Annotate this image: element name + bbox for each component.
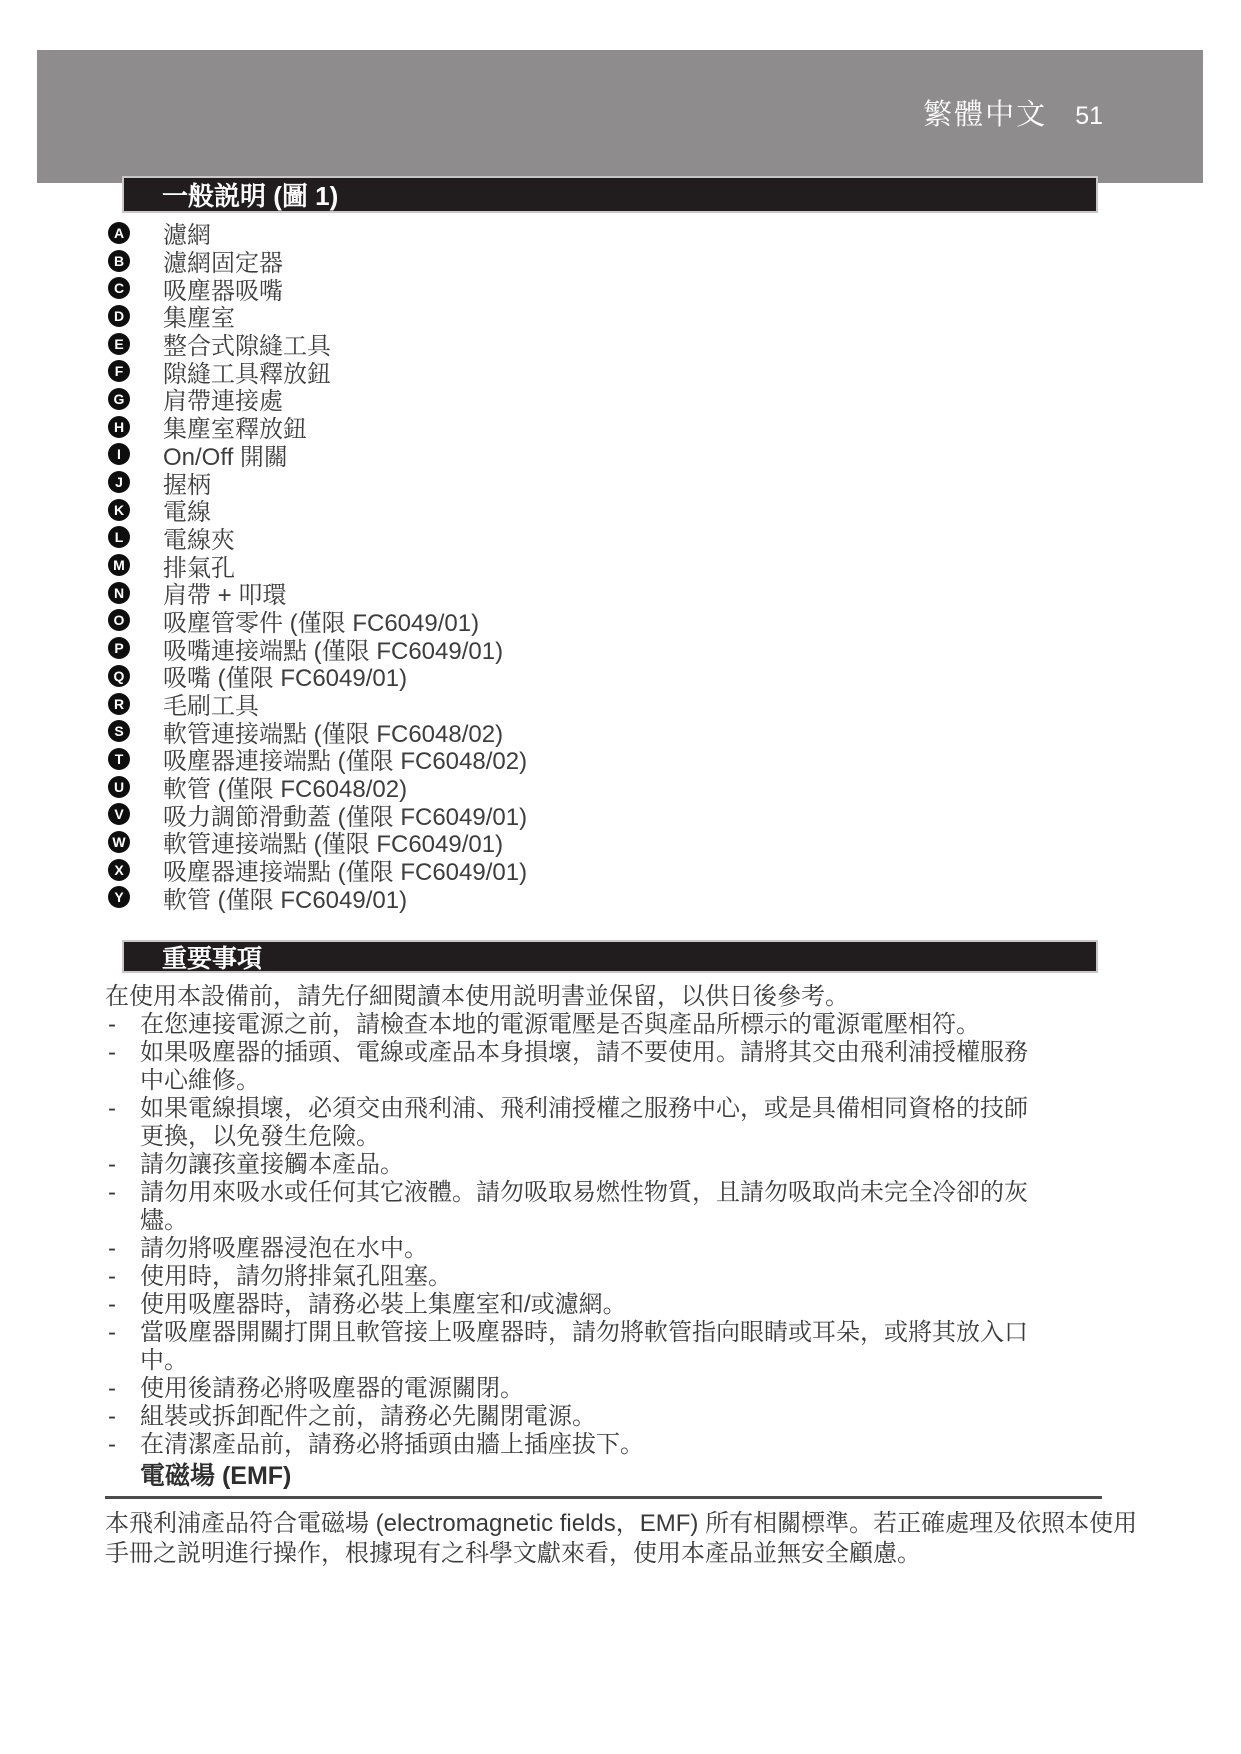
important-bullet-list: - 在您連接電源之前，請檢查本地的電源電壓是否與產品所標示的電源電壓相符。 - … [105,1011,1105,1459]
bullet-dash: - [108,1291,116,1319]
section-general-title: 一般説明 (圖 1) [162,176,338,213]
bullet-text: 組裝或拆卸配件之前，請務必先關閉電源。 [140,1403,596,1430]
page-header-text: 繁體中文51 [37,92,1103,133]
letter-badge: A [108,222,130,244]
letter-badge: Q [108,665,130,687]
section-important-title: 重要事項 [162,939,262,975]
bullet-item: - 在清潔產品前，請務必將插頭由牆上插座拔下。 [105,1431,1032,1459]
bullet-item: - 請勿用來吸水或任何其它液體。請勿吸取易燃性物質，且請勿吸取尚未完全冷卻的灰燼… [105,1179,1032,1235]
letter-badge: J [108,471,130,493]
emf-section-body: 本飛利浦產品符合電磁場 (electromagnetic fields，EMF)… [105,1509,1150,1569]
letter-badge: U [108,776,130,798]
bullet-dash: - [108,1039,116,1067]
bullet-item: - 使用吸塵器時，請務必裝上集塵室和/或濾網。 [105,1291,1032,1319]
section-important-header-bar: 重要事項 [122,940,1098,973]
bullet-text: 請勿將吸塵器浸泡在水中。 [140,1235,428,1262]
bullet-item: - 在您連接電源之前，請檢查本地的電源電壓是否與產品所標示的電源電壓相符。 [105,1011,1032,1039]
bullet-dash: - [108,1151,116,1179]
important-section-body: 在使用本設備前，請先仔細閱讀本使用説明書並保留，以供日後參考。 - 在您連接電源… [105,983,1105,1459]
bullet-item: - 如果吸塵器的插頭、電線或產品本身損壞，請不要使用。請將其交由飛利浦授權服務中… [105,1039,1032,1095]
letter-badge: G [108,388,130,410]
letter-badge: X [108,859,130,881]
bullet-dash: - [108,1179,116,1207]
manual-page: 繁體中文51 一般説明 (圖 1) A 濾網 B 濾網固定器 C 吸塵器吸嘴 D… [0,0,1241,1754]
part-label: 軟管 (僅限 FC6049/01) [163,880,407,915]
page-number: 51 [1075,102,1103,130]
emf-divider-rule [105,1496,1102,1499]
bullet-text: 當吸塵器開關打開且軟管接上吸塵器時，請勿將軟管指向眼睛或耳朵，或將其放入口中。 [140,1319,1028,1374]
bullet-item: - 當吸塵器開關打開且軟管接上吸塵器時，請勿將軟管指向眼睛或耳朵，或將其放入口中… [105,1319,1032,1375]
letter-badge: D [108,305,130,327]
letter-badge: C [108,277,130,299]
language-label: 繁體中文 [923,99,1047,131]
bullet-text: 如果電線損壞，必須交由飛利浦、飛利浦授權之服務中心，或是具備相同資格的技師更換，… [140,1095,1028,1150]
bullet-dash: - [108,1375,116,1403]
bullet-item: - 組裝或拆卸配件之前，請務必先關閉電源。 [105,1403,1032,1431]
bullet-dash: - [108,1431,116,1459]
letter-badge: P [108,637,130,659]
letter-badge: S [108,720,130,742]
letter-badge: F [108,360,130,382]
letter-badge: Y [108,886,130,908]
bullet-dash: - [108,1263,116,1291]
bullet-text: 如果吸塵器的插頭、電線或產品本身損壞，請不要使用。請將其交由飛利浦授權服務中心維… [140,1039,1028,1094]
parts-list: A 濾網 B 濾網固定器 C 吸塵器吸嘴 D 集塵室 E 整合式隙縫工具 F 隙… [108,219,527,911]
bullet-dash: - [108,1403,116,1431]
bullet-item: - 使用時，請勿將排氣孔阻塞。 [105,1263,1032,1291]
letter-badge: R [108,693,130,715]
bullet-item: - 請勿將吸塵器浸泡在水中。 [105,1235,1032,1263]
letter-badge: M [108,554,130,576]
bullet-item: - 如果電線損壞，必須交由飛利浦、飛利浦授權之服務中心，或是具備相同資格的技師更… [105,1095,1032,1151]
letter-badge: H [108,416,130,438]
bullet-dash: - [108,1319,116,1347]
bullet-dash: - [108,1011,116,1039]
letter-badge: B [108,250,130,272]
bullet-text: 使用時，請勿將排氣孔阻塞。 [140,1263,452,1290]
bullet-text: 請勿用來吸水或任何其它液體。請勿吸取易燃性物質，且請勿吸取尚未完全冷卻的灰燼。 [140,1179,1028,1234]
letter-badge: L [108,526,130,548]
bullet-text: 請勿讓孩童接觸本產品。 [140,1151,404,1178]
bullet-text: 使用吸塵器時，請務必裝上集塵室和/或濾網。 [140,1291,627,1318]
parts-list-item: Y 軟管 (僅限 FC6049/01) [108,884,527,912]
letter-badge: E [108,333,130,355]
letter-badge: I [108,443,130,465]
letter-badge: O [108,609,130,631]
bullet-dash: - [108,1235,116,1263]
letter-badge: T [108,748,130,770]
bullet-dash: - [108,1095,116,1123]
bullet-text: 在您連接電源之前，請檢查本地的電源電壓是否與產品所標示的電源電壓相符。 [140,1011,980,1038]
bullet-item: - 請勿讓孩童接觸本產品。 [105,1151,1032,1179]
section-general-header-bar: 一般説明 (圖 1) [122,176,1098,213]
emf-section-title: 電磁場 (EMF) [140,1456,291,1492]
important-intro: 在使用本設備前，請先仔細閱讀本使用説明書並保留，以供日後參考。 [105,983,1105,1011]
bullet-text: 使用後請務必將吸塵器的電源關閉。 [140,1375,524,1402]
bullet-text: 在清潔產品前，請務必將插頭由牆上插座拔下。 [140,1431,644,1458]
letter-badge: W [108,831,130,853]
letter-badge: K [108,499,130,521]
bullet-item: - 使用後請務必將吸塵器的電源關閉。 [105,1375,1032,1403]
letter-badge: N [108,582,130,604]
letter-badge: V [108,803,130,825]
